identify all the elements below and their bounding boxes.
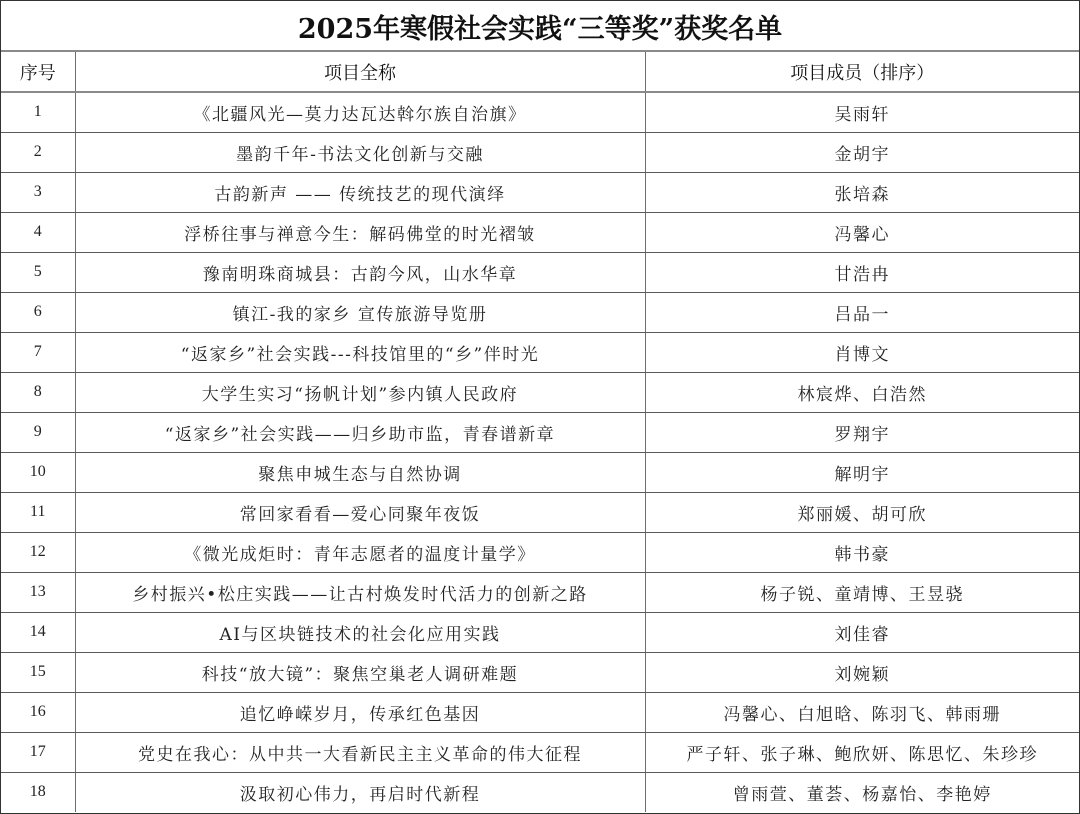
project-members-cell: 刘婉颖 bbox=[645, 652, 1079, 692]
table-row: 5 豫南明珠商城县：古韵今风，山水华章 甘浩冉 bbox=[1, 252, 1079, 292]
serial-number-cell: 10 bbox=[1, 452, 75, 492]
project-members-cell: 吴雨轩 bbox=[645, 92, 1079, 132]
project-members-cell: 冯馨心、白旭晗、陈羽飞、韩雨珊 bbox=[645, 692, 1079, 732]
table-row: 2 墨韵千年-书法文化创新与交融 金胡宇 bbox=[1, 132, 1079, 172]
project-name-cell: 《北疆风光—莫力达瓦达斡尔族自治旗》 bbox=[75, 92, 645, 132]
project-members-cell: 金胡宇 bbox=[645, 132, 1079, 172]
serial-number-cell: 12 bbox=[1, 532, 75, 572]
project-name-cell: 常回家看看—爱心同聚年夜饭 bbox=[75, 492, 645, 532]
project-name-cell: 乡村振兴•松庄实践——让古村焕发时代活力的创新之路 bbox=[75, 572, 645, 612]
serial-number-cell: 9 bbox=[1, 412, 75, 452]
serial-number-cell: 17 bbox=[1, 732, 75, 772]
project-members-cell: 吕品一 bbox=[645, 292, 1079, 332]
serial-number-cell: 18 bbox=[1, 772, 75, 812]
project-name-cell: 汲取初心伟力，再启时代新程 bbox=[75, 772, 645, 812]
project-name-cell: “返家乡”社会实践---科技馆里的“乡”伴时光 bbox=[75, 332, 645, 372]
project-name-cell: 浮桥往事与禅意今生：解码佛堂的时光褶皱 bbox=[75, 212, 645, 252]
project-name-cell: 古韵新声 —— 传统技艺的现代演绎 bbox=[75, 172, 645, 212]
serial-number-cell: 14 bbox=[1, 612, 75, 652]
project-name-cell: “返家乡”社会实践——归乡助市监，青春谱新章 bbox=[75, 412, 645, 452]
table-row: 18 汲取初心伟力，再启时代新程 曾雨萱、董荟、杨嘉怡、李艳婷 bbox=[1, 772, 1079, 812]
table-row: 13 乡村振兴•松庄实践——让古村焕发时代活力的创新之路 杨子锐、童靖博、王昱骁 bbox=[1, 572, 1079, 612]
table-row: 9 “返家乡”社会实践——归乡助市监，青春谱新章 罗翔宇 bbox=[1, 412, 1079, 452]
table-row: 11 常回家看看—爱心同聚年夜饭 郑丽媛、胡可欣 bbox=[1, 492, 1079, 532]
project-members-cell: 韩书豪 bbox=[645, 532, 1079, 572]
document-title: 2025年寒假社会实践“三等奖”获奖名单 bbox=[1, 1, 1079, 52]
project-name-cell: 党史在我心：从中共一大看新民主主义革命的伟大征程 bbox=[75, 732, 645, 772]
table-row: 14 AI与区块链技术的社会化应用实践 刘佳睿 bbox=[1, 612, 1079, 652]
project-name-cell: 追忆峥嵘岁月，传承红色基因 bbox=[75, 692, 645, 732]
serial-number-cell: 5 bbox=[1, 252, 75, 292]
project-members-cell: 杨子锐、童靖博、王昱骁 bbox=[645, 572, 1079, 612]
table-header-row: 序号 项目全称 项目成员（排序） bbox=[1, 52, 1079, 92]
project-members-cell: 甘浩冉 bbox=[645, 252, 1079, 292]
serial-number-cell: 7 bbox=[1, 332, 75, 372]
table-row: 16 追忆峥嵘岁月，传承红色基因 冯馨心、白旭晗、陈羽飞、韩雨珊 bbox=[1, 692, 1079, 732]
project-name-cell: 科技“放大镜”：聚焦空巢老人调研难题 bbox=[75, 652, 645, 692]
project-name-cell: 《微光成炬时：青年志愿者的温度计量学》 bbox=[75, 532, 645, 572]
project-name-cell: 镇江-我的家乡 宣传旅游导览册 bbox=[75, 292, 645, 332]
serial-number-cell: 11 bbox=[1, 492, 75, 532]
award-table: 序号 项目全称 项目成员（排序） 1 《北疆风光—莫力达瓦达斡尔族自治旗》 吴雨… bbox=[1, 52, 1079, 812]
project-members-cell: 罗翔宇 bbox=[645, 412, 1079, 452]
project-members-cell: 郑丽媛、胡可欣 bbox=[645, 492, 1079, 532]
project-members-cell: 肖博文 bbox=[645, 332, 1079, 372]
project-name-cell: 墨韵千年-书法文化创新与交融 bbox=[75, 132, 645, 172]
table-row: 12 《微光成炬时：青年志愿者的温度计量学》 韩书豪 bbox=[1, 532, 1079, 572]
serial-number-cell: 16 bbox=[1, 692, 75, 732]
serial-number-cell: 15 bbox=[1, 652, 75, 692]
serial-number-cell: 6 bbox=[1, 292, 75, 332]
serial-number-cell: 1 bbox=[1, 92, 75, 132]
project-members-cell: 刘佳睿 bbox=[645, 612, 1079, 652]
project-members-cell: 冯馨心 bbox=[645, 212, 1079, 252]
table-row: 7 “返家乡”社会实践---科技馆里的“乡”伴时光 肖博文 bbox=[1, 332, 1079, 372]
project-name-cell: AI与区块链技术的社会化应用实践 bbox=[75, 612, 645, 652]
project-members-cell: 严子轩、张子琳、鲍欣妍、陈思忆、朱珍珍 bbox=[645, 732, 1079, 772]
table-row: 4 浮桥往事与禅意今生：解码佛堂的时光褶皱 冯馨心 bbox=[1, 212, 1079, 252]
table-row: 1 《北疆风光—莫力达瓦达斡尔族自治旗》 吴雨轩 bbox=[1, 92, 1079, 132]
table-row: 6 镇江-我的家乡 宣传旅游导览册 吕品一 bbox=[1, 292, 1079, 332]
serial-number-cell: 8 bbox=[1, 372, 75, 412]
table-row: 8 大学生实习“扬帆计划”参内镇人民政府 林宸烨、白浩然 bbox=[1, 372, 1079, 412]
project-name-cell: 大学生实习“扬帆计划”参内镇人民政府 bbox=[75, 372, 645, 412]
table-row: 15 科技“放大镜”：聚焦空巢老人调研难题 刘婉颖 bbox=[1, 652, 1079, 692]
project-name-cell: 豫南明珠商城县：古韵今风，山水华章 bbox=[75, 252, 645, 292]
header-project-name: 项目全称 bbox=[75, 52, 645, 92]
award-list-document: 2025年寒假社会实践“三等奖”获奖名单 序号 项目全称 项目成员（排序） 1 … bbox=[0, 0, 1080, 814]
table-row: 17 党史在我心：从中共一大看新民主主义革命的伟大征程 严子轩、张子琳、鲍欣妍、… bbox=[1, 732, 1079, 772]
project-members-cell: 张培森 bbox=[645, 172, 1079, 212]
project-name-cell: 聚焦申城生态与自然协调 bbox=[75, 452, 645, 492]
project-members-cell: 曾雨萱、董荟、杨嘉怡、李艳婷 bbox=[645, 772, 1079, 812]
table-row: 3 古韵新声 —— 传统技艺的现代演绎 张培森 bbox=[1, 172, 1079, 212]
project-members-cell: 林宸烨、白浩然 bbox=[645, 372, 1079, 412]
header-project-members: 项目成员（排序） bbox=[645, 52, 1079, 92]
serial-number-cell: 13 bbox=[1, 572, 75, 612]
serial-number-cell: 4 bbox=[1, 212, 75, 252]
header-serial-number: 序号 bbox=[1, 52, 75, 92]
serial-number-cell: 2 bbox=[1, 132, 75, 172]
table-row: 10 聚焦申城生态与自然协调 解明宇 bbox=[1, 452, 1079, 492]
project-members-cell: 解明宇 bbox=[645, 452, 1079, 492]
serial-number-cell: 3 bbox=[1, 172, 75, 212]
